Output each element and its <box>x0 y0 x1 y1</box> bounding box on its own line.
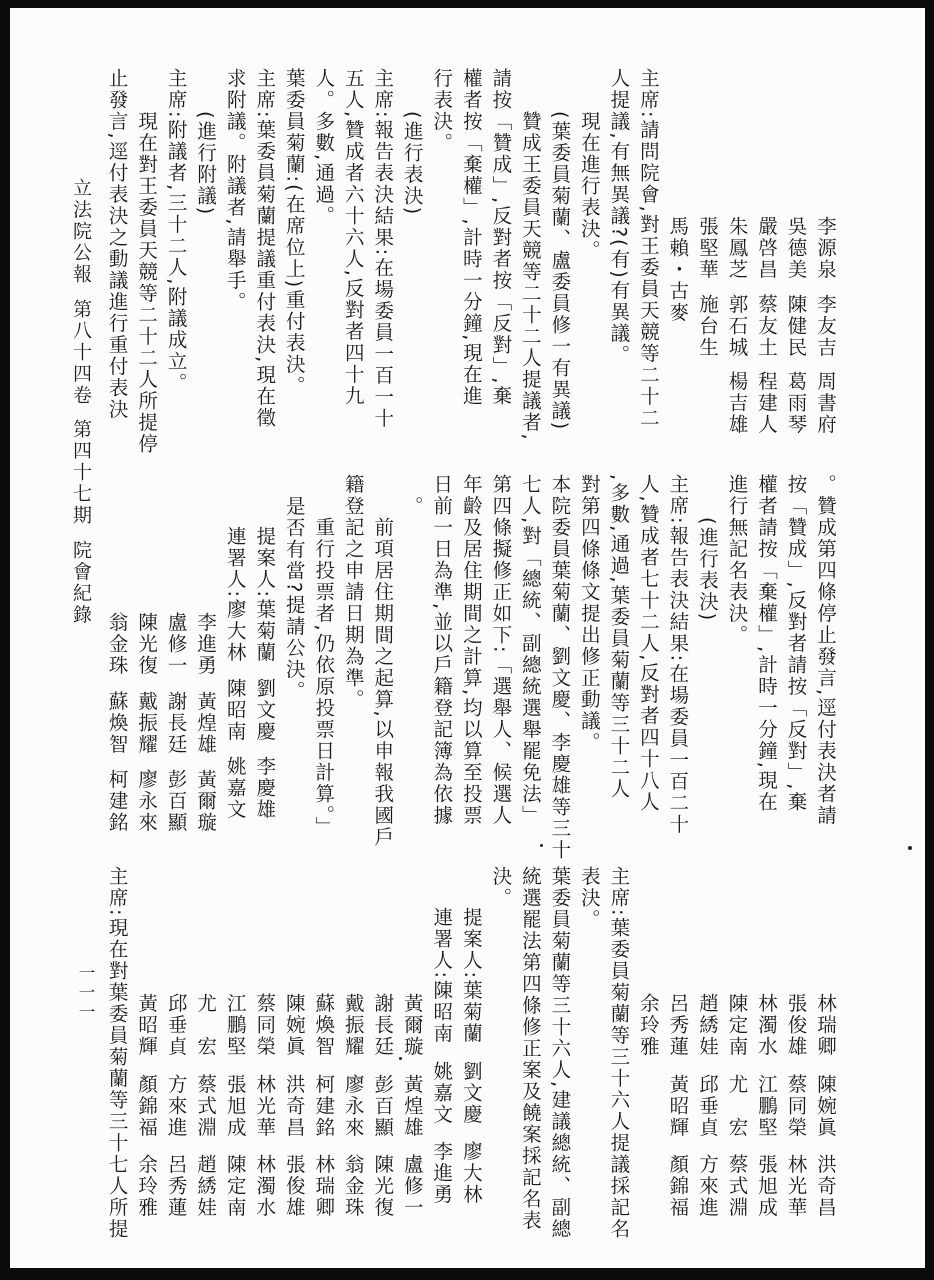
scan-border-right <box>925 0 934 1280</box>
signatory-name: 邱垂貞 <box>161 993 191 1058</box>
text-column: 人提議,有無異議?(有)有異議。 <box>604 68 634 466</box>
list-label: 提案人: <box>250 526 280 599</box>
names-column: 林濁水江鵬堅張旭成 <box>751 866 781 1280</box>
signatory-name: 林光華 <box>781 1154 811 1219</box>
names-column: 吳德美陳健民葛雨琴 <box>781 68 811 466</box>
signatory-name: 周書府 <box>811 371 841 436</box>
signatory-name: 江鵬堅 <box>751 1074 781 1139</box>
signatory-name: 呂秀蓮 <box>663 993 693 1058</box>
text-column: 決。 <box>486 866 516 1280</box>
signatory-name: 張旭成 <box>220 1074 250 1139</box>
names-column: 陳婉眞洪奇昌張俊雄 <box>279 866 309 1280</box>
names-column: 連署人:陳昭南姚嘉文李進勇 <box>427 866 457 1280</box>
scan-border-left <box>0 0 10 1280</box>
signatory-name: 林濁水 <box>250 1154 280 1219</box>
text-column: (葉委員菊蘭、盧委員修一有異議) <box>545 68 575 509</box>
signatory-name: 盧修一 <box>397 1154 427 1219</box>
names-column: 邱垂貞方來進呂秀蓮 <box>161 866 191 1280</box>
signatory-name: 劉文慶 <box>456 1061 486 1126</box>
signatory-name: 陳定南 <box>722 993 752 1058</box>
text-column: (進行表決) <box>692 474 722 909</box>
signatory-name: 黃煌雄 <box>191 691 221 756</box>
names-column: 蔡同榮林光華林濁水 <box>250 866 280 1280</box>
signatory-name: 黃昭輝 <box>132 993 162 1058</box>
names-column: 余玲雅 <box>633 866 663 1280</box>
signatory-name: 吳德美 <box>781 216 811 281</box>
signatory-name: 嚴啓昌 <box>751 216 781 281</box>
text-column: 主席:報告表決結果:在場委員一百二十 <box>663 474 693 866</box>
signatory-name: 謝長廷 <box>368 993 398 1058</box>
signatory-name: 施台生 <box>692 294 722 359</box>
text-column: 現在進行表決。 <box>574 68 604 509</box>
signatory-name: 葉菊蘭 <box>456 980 486 1045</box>
signatory-name: 廖大林 <box>456 1141 486 1206</box>
signatory-name: 余玲雅 <box>132 1154 162 1219</box>
signatory-name: 陳定南 <box>220 1154 250 1219</box>
gazette-page: 立法院公報第八十四卷第四十七期院會紀錄 一一一 李源泉李友吉周書府吳德美陳健民葛… <box>10 8 925 1268</box>
signatory-name: 黃爾璇 <box>191 769 221 834</box>
signatory-name: 廖大林 <box>220 599 250 664</box>
signatory-name: 尤 宏 <box>722 1074 752 1139</box>
names-column: 黃昭輝顏錦福余玲雅 <box>132 866 162 1280</box>
names-column: 林瑞卿陳婉眞洪奇昌 <box>810 866 840 1280</box>
text-column: 行表決。 <box>427 68 457 466</box>
names-column: 江鵬堅張旭成陳定南 <box>220 866 250 1280</box>
signatory-name: 葛雨琴 <box>781 371 811 436</box>
signatory-name: 李源泉 <box>811 216 841 281</box>
signatory-name: 江鵬堅 <box>220 993 250 1058</box>
names-column: 連署人:廖大林陳昭南姚嘉文 <box>220 474 250 866</box>
register-top: 李源泉李友吉周書府吳德美陳健民葛雨琴嚴啓昌蔡友土程建人朱鳳芝郭石城楊吉雄張堅華施… <box>102 68 840 466</box>
signatory-name: 謝長廷 <box>161 691 191 756</box>
page-number: 一一一 <box>70 964 100 1034</box>
signatory-name: 陳健民 <box>781 294 811 359</box>
signatory-name: 方來進 <box>692 1154 722 1219</box>
gazette-running-header: 立法院公報第八十四卷第四十七期院會紀錄 <box>64 178 98 638</box>
names-column: 嚴啓昌蔡友土程建人 <box>751 68 781 466</box>
signatory-name: 顏錦福 <box>663 1154 693 1219</box>
text-column: 主席:葉委員菊蘭提議重付表決,現在徵 <box>250 68 280 466</box>
names-column: 陳光復戴振耀廖永來 <box>132 474 162 866</box>
text-column: ,多數,通過,葉委員菊蘭等三十二人 <box>604 474 634 866</box>
text-column: 日前一日為準,並以戶籍登記簿為依據 <box>427 474 457 866</box>
text-column: 贊成王委員天競等二十二人提議者, <box>515 68 545 509</box>
signatory-name: 邱垂貞 <box>692 1074 722 1139</box>
signatory-name: 洪奇昌 <box>811 1154 841 1219</box>
signatory-name: 馬賴・古麥 <box>663 216 693 324</box>
signatory-name: 黃爾璇 <box>397 993 427 1058</box>
names-column: 陳定南尤 宏蔡式淵 <box>722 866 752 1280</box>
text-column: 權者按「棄權」,計時一分鐘,現在進 <box>456 68 486 466</box>
signatory-name: 翁金珠 <box>102 612 132 677</box>
text-column: 止發言,逕付表決之動議進行重付表決 <box>102 68 132 466</box>
signatory-name: 柯建銘 <box>102 769 132 834</box>
signatory-name: 呂秀蓮 <box>161 1154 191 1219</box>
signatory-name: 廖永來 <box>132 769 162 834</box>
text-column: 五人,贊成者六十六人,反對者四十九 <box>338 68 368 466</box>
signatory-name: 盧修一 <box>161 612 191 677</box>
signatory-name: 朱鳳芝 <box>722 216 752 281</box>
text-column: 第四條擬修正如下:「選舉人、候選人 <box>486 474 516 866</box>
names-column: 朱鳳芝郭石城楊吉雄 <box>722 68 752 466</box>
signatory-name: 翁金珠 <box>338 1154 368 1219</box>
signatory-name: 劉文慶 <box>250 678 280 743</box>
signatory-name: 林瑞卿 <box>811 993 841 1058</box>
signatory-name: 黃煌雄 <box>397 1074 427 1139</box>
signatory-name: 李友吉 <box>811 294 841 359</box>
text-column: 籍登記之申請日期為準。 <box>338 474 368 866</box>
ink-speck <box>540 844 543 847</box>
gazette-title: 立法院公報 <box>64 178 98 286</box>
signatory-name: 林瑞卿 <box>309 1154 339 1219</box>
names-column: 張堅華施台生 <box>692 68 722 466</box>
text-column: 主席:附議者,三十二人,附議成立。 <box>161 68 191 466</box>
names-column: 呂秀蓮黃昭輝顏錦福 <box>663 866 693 1280</box>
signatory-name: 蔡式淵 <box>722 1154 752 1219</box>
signatory-name: 張俊雄 <box>279 1154 309 1219</box>
register-middle: 。贊成第四條停止發言,逕付表決者請按「贊成」,反對者請按「反對」,棄權者請按「棄… <box>102 474 840 866</box>
text-column: 權者請按「棄權」,計時一分鐘,現在 <box>751 474 781 866</box>
signatory-name: 蔡同榮 <box>781 1074 811 1139</box>
names-column: 趙綉娃邱垂貞方來進 <box>692 866 722 1280</box>
signatory-name: 陳昭南 <box>427 980 457 1045</box>
text-column: 人,贊成者七十二人,反對者四十八人 <box>633 474 663 866</box>
signatory-name: 彭百顯 <box>368 1074 398 1139</box>
names-column: 尤 宏蔡式淵趙綉娃 <box>191 866 221 1280</box>
names-column: 蘇煥智柯建銘林瑞卿 <box>309 866 339 1280</box>
signatory-name: 顏錦福 <box>132 1074 162 1139</box>
signatory-name: 蘇煥智 <box>102 691 132 756</box>
signatory-name: 李慶雄 <box>250 756 280 821</box>
signatory-name: 柯建銘 <box>309 1074 339 1139</box>
scan-border-top <box>0 0 934 8</box>
signatory-name: 陳婉眞 <box>811 1074 841 1139</box>
text-column: 主席:請問院會,對王委員天競等二十二 <box>633 68 663 466</box>
text-column: 統選罷法第四條修正案及饒案採記名表 <box>515 866 545 1280</box>
names-column: 提案人:葉菊蘭劉文慶廖大林 <box>456 866 486 1280</box>
text-column: (進行附議) <box>191 68 221 509</box>
text-column: 重行投票者,仍依原投票日計算。」 <box>309 474 339 909</box>
signatory-name: 方來進 <box>161 1074 191 1139</box>
signatory-name: 陳昭南 <box>220 678 250 743</box>
text-column: 是否有當?提請公決。 <box>279 474 309 888</box>
names-column: 提案人:葉菊蘭劉文慶李慶雄 <box>250 474 280 866</box>
text-column: 。 <box>397 474 427 888</box>
text-column: 現在對王委員天競等二十二人所提停 <box>132 68 162 509</box>
signatory-name: 張俊雄 <box>781 993 811 1058</box>
text-column: 進行無記名表決。 <box>722 474 752 866</box>
signatory-name: 姚嘉文 <box>427 1061 457 1126</box>
signatory-name: 趙綉娃 <box>191 1154 221 1219</box>
names-column: 翁金珠蘇煥智柯建銘 <box>102 474 132 866</box>
scan-border-bottom <box>0 1268 934 1280</box>
signatory-name: 陳光復 <box>132 612 162 677</box>
text-column: 葉委員菊蘭等三十六人,建議總統、副總 <box>545 866 575 1280</box>
signatory-name: 李進勇 <box>191 612 221 677</box>
text-column: 本院委員葉菊蘭、劉文慶、李慶雄等三十 <box>545 474 575 866</box>
signatory-name: 蔡友土 <box>751 294 781 359</box>
ink-speck <box>399 1057 402 1060</box>
signatory-name: 廖永來 <box>338 1074 368 1139</box>
text-column: 人。多數,通過。 <box>309 68 339 466</box>
signatory-name: 戴振耀 <box>338 993 368 1058</box>
text-column: 七人,對「總統、副總統選舉罷免法」 <box>515 474 545 866</box>
signatory-name: 余玲雅 <box>633 993 663 1058</box>
gazette-issue: 第四十七期 <box>64 419 98 527</box>
text-column: (進行表決) <box>397 68 427 509</box>
names-column: 馬賴・古麥 <box>663 68 693 466</box>
signatory-name: 趙綉娃 <box>692 993 722 1058</box>
signatory-name: 洪奇昌 <box>279 1074 309 1139</box>
names-column: 黃爾璇黃煌雄盧修一 <box>397 866 427 1280</box>
text-column: 葉委員菊蘭:(在席位上)重付表決。 <box>279 68 309 466</box>
register-bottom: 林瑞卿陳婉眞洪奇昌張俊雄蔡同榮林光華林濁水江鵬堅張旭成陳定南尤 宏蔡式淵趙綉娃邱… <box>102 866 840 1280</box>
signatory-name: 林光華 <box>250 1074 280 1139</box>
signatory-name: 林濁水 <box>751 993 781 1058</box>
names-column: 謝長廷彭百顯陳光復 <box>368 866 398 1280</box>
signatory-name: 張堅華 <box>692 216 722 281</box>
signatory-name: 楊吉雄 <box>722 371 752 436</box>
signatory-name: 李進勇 <box>427 1141 457 1206</box>
text-column: 請按「贊成」,反對者按「反對」,棄 <box>486 68 516 466</box>
names-column: 李源泉李友吉周書府 <box>810 68 840 466</box>
names-column: 李進勇黃煌雄黃爾璇 <box>191 474 221 866</box>
signatory-name: 郭石城 <box>722 294 752 359</box>
signatory-name: 陳婉眞 <box>279 993 309 1058</box>
text-column: 主席:葉委員菊蘭等三十六人提議採記名 <box>604 866 634 1280</box>
text-column: 年齡及居住期間之計算,均以算至投票 <box>456 474 486 866</box>
text-column: 。贊成第四條停止發言,逕付表決者請 <box>810 474 840 866</box>
gazette-section: 院會紀錄 <box>64 540 98 626</box>
names-column: 戴振耀廖永來翁金珠 <box>338 866 368 1280</box>
signatory-name: 姚嘉文 <box>220 756 250 821</box>
list-label: 連署人: <box>427 907 457 980</box>
signatory-name: 彭百顯 <box>161 769 191 834</box>
text-column: 表決。 <box>574 866 604 1280</box>
text-column: 主席:現在對葉委員菊蘭等三十七人所提 <box>102 866 132 1280</box>
text-column: 對第四條條文提出修正動議。 <box>574 474 604 866</box>
list-label: 提案人: <box>456 907 486 980</box>
ink-speck <box>908 846 912 850</box>
signatory-name: 尤 宏 <box>191 993 221 1058</box>
signatory-name: 蔡同榮 <box>250 993 280 1058</box>
signatory-name: 陳光復 <box>368 1154 398 1219</box>
names-column: 張俊雄蔡同榮林光華 <box>781 866 811 1280</box>
signatory-name: 戴振耀 <box>132 691 162 756</box>
signatory-name: 張旭成 <box>751 1154 781 1219</box>
names-column: 盧修一謝長廷彭百顯 <box>161 474 191 866</box>
list-label: 連署人: <box>220 526 250 599</box>
signatory-name: 蔡式淵 <box>191 1074 221 1139</box>
signatory-name: 葉菊蘭 <box>250 599 280 664</box>
text-column: 按「贊成」,反對者請按「反對」,棄 <box>781 474 811 866</box>
gazette-volume: 第八十四卷 <box>64 299 98 407</box>
signatory-name: 黃昭輝 <box>663 1074 693 1139</box>
signatory-name: 蘇煥智 <box>309 993 339 1058</box>
text-column: 主席:報告表決結果:在場委員一百一十 <box>368 68 398 466</box>
text-column: 求附議。附議者,請舉手。 <box>220 68 250 466</box>
signatory-name: 程建人 <box>751 371 781 436</box>
text-column: 前項居住期間之起算,以申報我國戶 <box>368 474 398 909</box>
